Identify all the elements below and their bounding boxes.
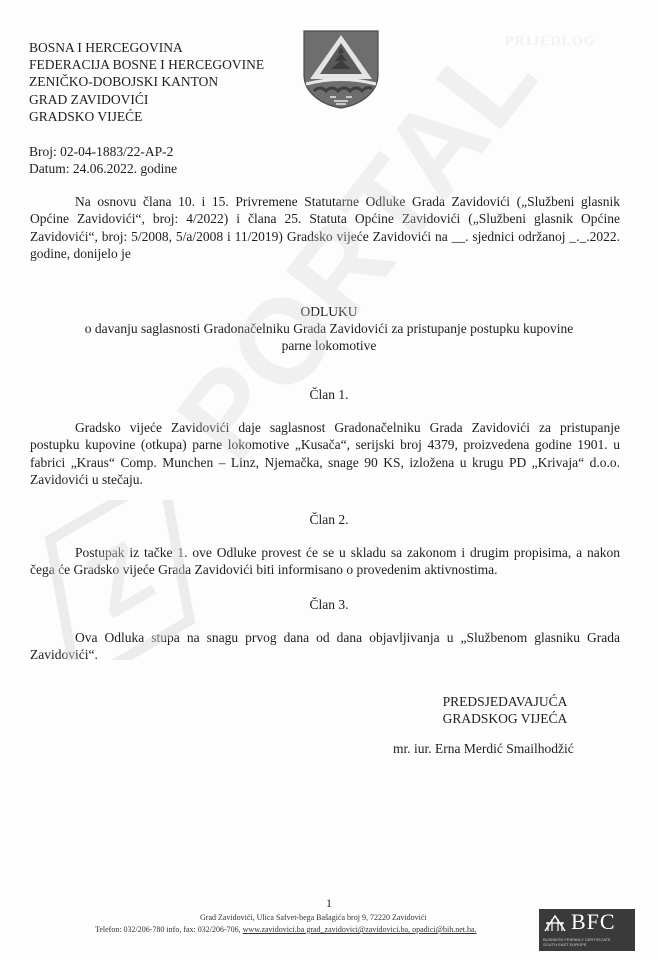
footer-contact-links[interactable]: www.zavidovici.ba grad_zavidovici@zavido…	[243, 925, 477, 934]
bfc-logo-text: BFC	[571, 910, 616, 934]
article-2-text: Postupak iz tačke 1. ove Odluke provest …	[30, 544, 620, 579]
document-number: Broj: 02-04-1883/22-AP-2	[29, 143, 177, 160]
article-2-heading: Član 2.	[0, 511, 658, 528]
decision-subtitle-line1: o davanju saglasnosti Gradonačelniku Gra…	[0, 320, 658, 337]
signature-title-line2: GRADSKOG VIJEĆA	[400, 710, 610, 727]
showthrough-text: PRIJEDLOG	[505, 34, 596, 50]
footer-contact-prefix: Telefon: 032/206-780 info, fax: 032/206-…	[95, 925, 243, 934]
bfc-emblem-icon	[544, 914, 566, 932]
article-3-text: Ova Odluka stupa na snagu prvog dana od …	[30, 629, 620, 664]
header-line-federation: FEDERACIJA BOSNE I HERCEGOVINE	[29, 56, 264, 73]
svg-text:Z: Z	[71, 523, 169, 637]
decision-title: ODLUKU	[0, 303, 658, 320]
article-1-heading: Član 1.	[0, 386, 658, 403]
preamble-paragraph: Na osnovu člana 10. i 15. Privremene Sta…	[30, 193, 620, 262]
article-1-text: Gradsko vijeće Zavidovići daje saglasnos…	[30, 419, 620, 488]
document-page: PRIJEDLOG BOSNA I HERCEGOVINA FEDERACIJA…	[0, 0, 658, 960]
header-line-canton: ZENIČKO-DOBOJSKI KANTON	[29, 73, 264, 90]
header-line-council: GRADSKO VIJEĆE	[29, 108, 264, 125]
document-meta: Broj: 02-04-1883/22-AP-2 Datum: 24.06.20…	[29, 143, 177, 177]
bfc-logo-subtext: BUSINESS FRIENDLY CERTIFICATE SOUTH EAST…	[543, 937, 611, 947]
institution-header: BOSNA I HERCEGOVINA FEDERACIJA BOSNE I H…	[29, 39, 264, 125]
footer-contact: Telefon: 032/206-780 info, fax: 032/206-…	[95, 925, 477, 934]
decision-subtitle-line2: parne lokomotive	[0, 337, 658, 354]
document-date: Datum: 24.06.2022. godine	[29, 160, 177, 177]
header-line-city: GRAD ZAVIDOVIĆI	[29, 91, 264, 108]
signature-title-line1: PREDSJEDAVAJUĆA	[400, 693, 610, 710]
bfc-certification-logo: BFC BUSINESS FRIENDLY CERTIFICATE SOUTH …	[539, 909, 635, 951]
coat-of-arms-icon	[300, 27, 382, 109]
signer-name: mr. iur. Erna Merdić Smailhodžić	[393, 741, 574, 757]
footer-address: Grad Zavidovići, Ulica Safvet-bega Bašag…	[200, 913, 427, 922]
header-line-country: BOSNA I HERCEGOVINA	[29, 39, 264, 56]
article-3-heading: Član 3.	[0, 596, 658, 613]
